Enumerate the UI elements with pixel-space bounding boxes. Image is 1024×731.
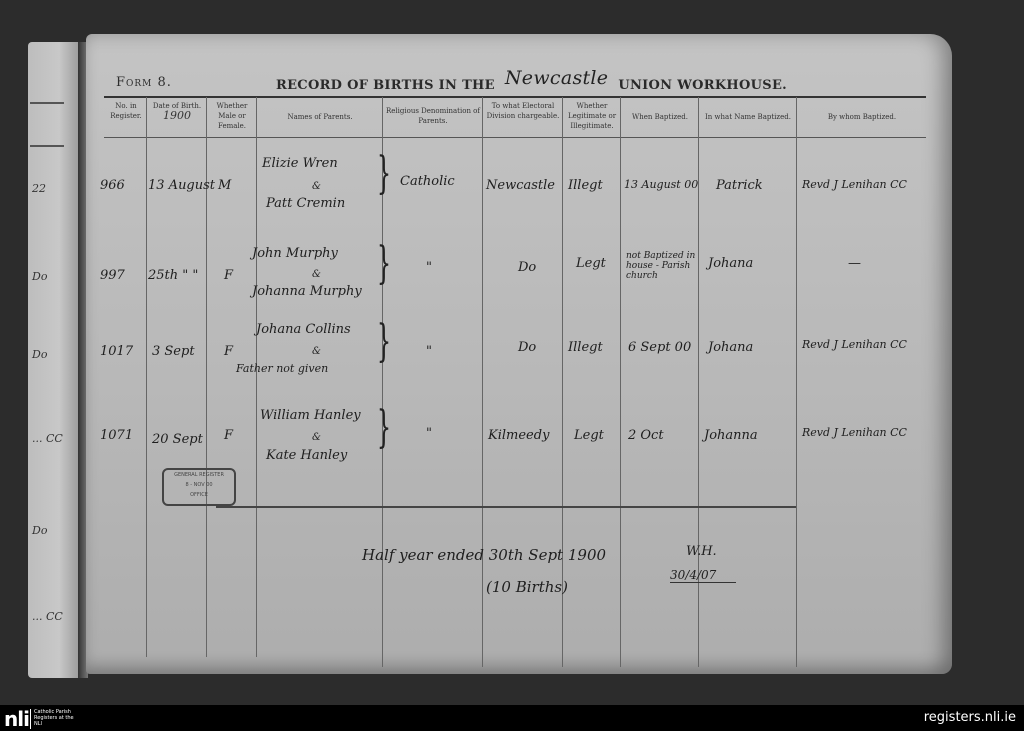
legitimacy: Legt: [576, 256, 606, 271]
left-page-entry: Do: [32, 270, 47, 283]
register-number: 1071: [100, 428, 133, 443]
sex: M: [218, 178, 231, 193]
baptism-name: Patrick: [716, 178, 763, 193]
form-label: Form 8.: [116, 75, 172, 90]
mother-name: Father not given: [236, 362, 328, 375]
religion: ": [426, 260, 432, 275]
religion: ": [426, 426, 432, 441]
baptism-name: Johana: [708, 256, 753, 271]
left-page-edge: 22 Do Do ... CC Do ... CC: [28, 42, 80, 678]
religion: Catholic: [400, 174, 455, 189]
register-number: 997: [100, 268, 125, 283]
title-suffix: UNION WORKHOUSE.: [618, 78, 787, 93]
baptism-name: Johanna: [704, 428, 758, 443]
register-page: Form 8. RECORD OF BIRTHS IN THENewcastle…: [86, 34, 952, 674]
left-page-entry: ... CC: [32, 610, 63, 623]
column-header: Names of Parents.: [258, 112, 382, 122]
mother-name: Patt Cremin: [266, 196, 345, 211]
ampersand: &: [312, 269, 321, 280]
date-of-birth: 13 August: [148, 178, 215, 193]
mother-name: Johanna Murphy: [252, 284, 362, 299]
divider: [104, 137, 926, 138]
date-of-birth: 25th " ": [148, 268, 198, 283]
father-name: Elizie Wren: [262, 156, 338, 171]
legitimacy: Illegt: [568, 340, 603, 355]
column-header: When Baptized.: [622, 112, 698, 122]
column-header: By whom Baptized.: [798, 112, 926, 122]
register-number: 966: [100, 178, 125, 193]
registry-stamp: GENERAL REGISTER 8 - NOV 00 OFFICE: [162, 468, 236, 506]
column-divider: [796, 97, 797, 667]
column-header: To what Electoral Division chargeable.: [484, 101, 562, 121]
baptized-by: Revd J Lenihan CC: [802, 338, 907, 351]
baptized-by: Revd J Lenihan CC: [802, 426, 907, 439]
title-prefix: RECORD OF BIRTHS IN THE: [276, 78, 495, 93]
divider: [30, 145, 64, 147]
legitimacy: Illegt: [568, 178, 603, 193]
column-divider: [482, 97, 483, 667]
baptized-by: Revd J Lenihan CC: [802, 178, 907, 191]
brace: }: [377, 148, 391, 199]
ampersand: &: [312, 346, 321, 357]
baptized-by: —: [848, 256, 861, 271]
column-divider: [146, 97, 147, 657]
ampersand: &: [312, 432, 321, 443]
left-page-entry: Do: [32, 524, 47, 537]
stamp-line: 8 - NOV 00: [164, 480, 234, 490]
footer-bar: nli Catholic Parish Registers at the NLI…: [0, 705, 1024, 731]
left-page-entry: ... CC: [32, 432, 63, 445]
baptism-date: not Baptized in house - Parish church: [626, 251, 696, 281]
baptism-date: 2 Oct: [628, 428, 664, 443]
page-title: RECORD OF BIRTHS IN THENewcastleUNION WO…: [276, 72, 787, 94]
brace: }: [377, 316, 391, 367]
left-page-entry: Do: [32, 348, 47, 361]
summary-births: (10 Births): [486, 578, 568, 596]
father-name: Johana Collins: [256, 322, 351, 337]
baptism-name: Johana: [708, 340, 753, 355]
mother-name: Kate Hanley: [266, 448, 347, 463]
column-header: Whether Legitimate or Illegitimate.: [564, 101, 620, 131]
electoral-division: Do: [518, 260, 536, 275]
religion: ": [426, 344, 432, 359]
ampersand: &: [312, 181, 321, 192]
logo-text: Catholic Parish Registers at the NLI: [34, 709, 74, 727]
summary-line: Half year ended 30th Sept 1900: [362, 546, 606, 564]
column-header: Religious Denomination of Parents.: [384, 106, 482, 126]
site-link[interactable]: registers.nli.ie: [924, 710, 1016, 725]
electoral-division: Do: [518, 340, 536, 355]
stamp-line: GENERAL REGISTER: [164, 470, 234, 480]
column-divider: [620, 97, 621, 667]
date-of-birth: 3 Sept: [152, 344, 195, 359]
father-name: William Hanley: [260, 408, 361, 423]
register-number: 1017: [100, 344, 133, 359]
date-of-birth: 20 Sept: [152, 432, 203, 447]
electoral-division: Kilmeedy: [488, 428, 549, 443]
union-name: Newcastle: [505, 67, 609, 89]
column-divider: [256, 97, 257, 657]
sex: F: [224, 268, 233, 283]
father-name: John Murphy: [252, 246, 338, 261]
column-header: Whether Male or Female.: [208, 101, 256, 131]
image-viewer: 22 Do Do ... CC Do ... CC Form 8. RECORD…: [0, 0, 1024, 705]
divider: [30, 102, 64, 104]
left-page-entry: 22: [32, 182, 46, 195]
year: 1900: [148, 111, 206, 121]
initials: W.H.: [686, 544, 717, 559]
nli-logo[interactable]: nli: [4, 709, 29, 729]
sex: F: [224, 428, 233, 443]
baptism-date: 13 August 00: [624, 178, 698, 191]
column-header: No. in Register.: [106, 101, 146, 121]
sex: F: [224, 344, 233, 359]
brace: }: [377, 238, 391, 289]
electoral-division: Newcastle: [486, 178, 555, 193]
brace: }: [377, 402, 391, 453]
initials-date: 30/4/07: [670, 568, 736, 583]
divider: [104, 96, 926, 98]
legitimacy: Legt: [574, 428, 604, 443]
logo-separator: [30, 709, 31, 729]
baptism-date: 6 Sept 00: [628, 340, 691, 355]
divider: [216, 506, 796, 508]
stamp-line: OFFICE: [164, 490, 234, 500]
column-header: In what Name Baptized.: [700, 112, 796, 122]
column-header: Date of Birth. 1900: [148, 101, 206, 121]
